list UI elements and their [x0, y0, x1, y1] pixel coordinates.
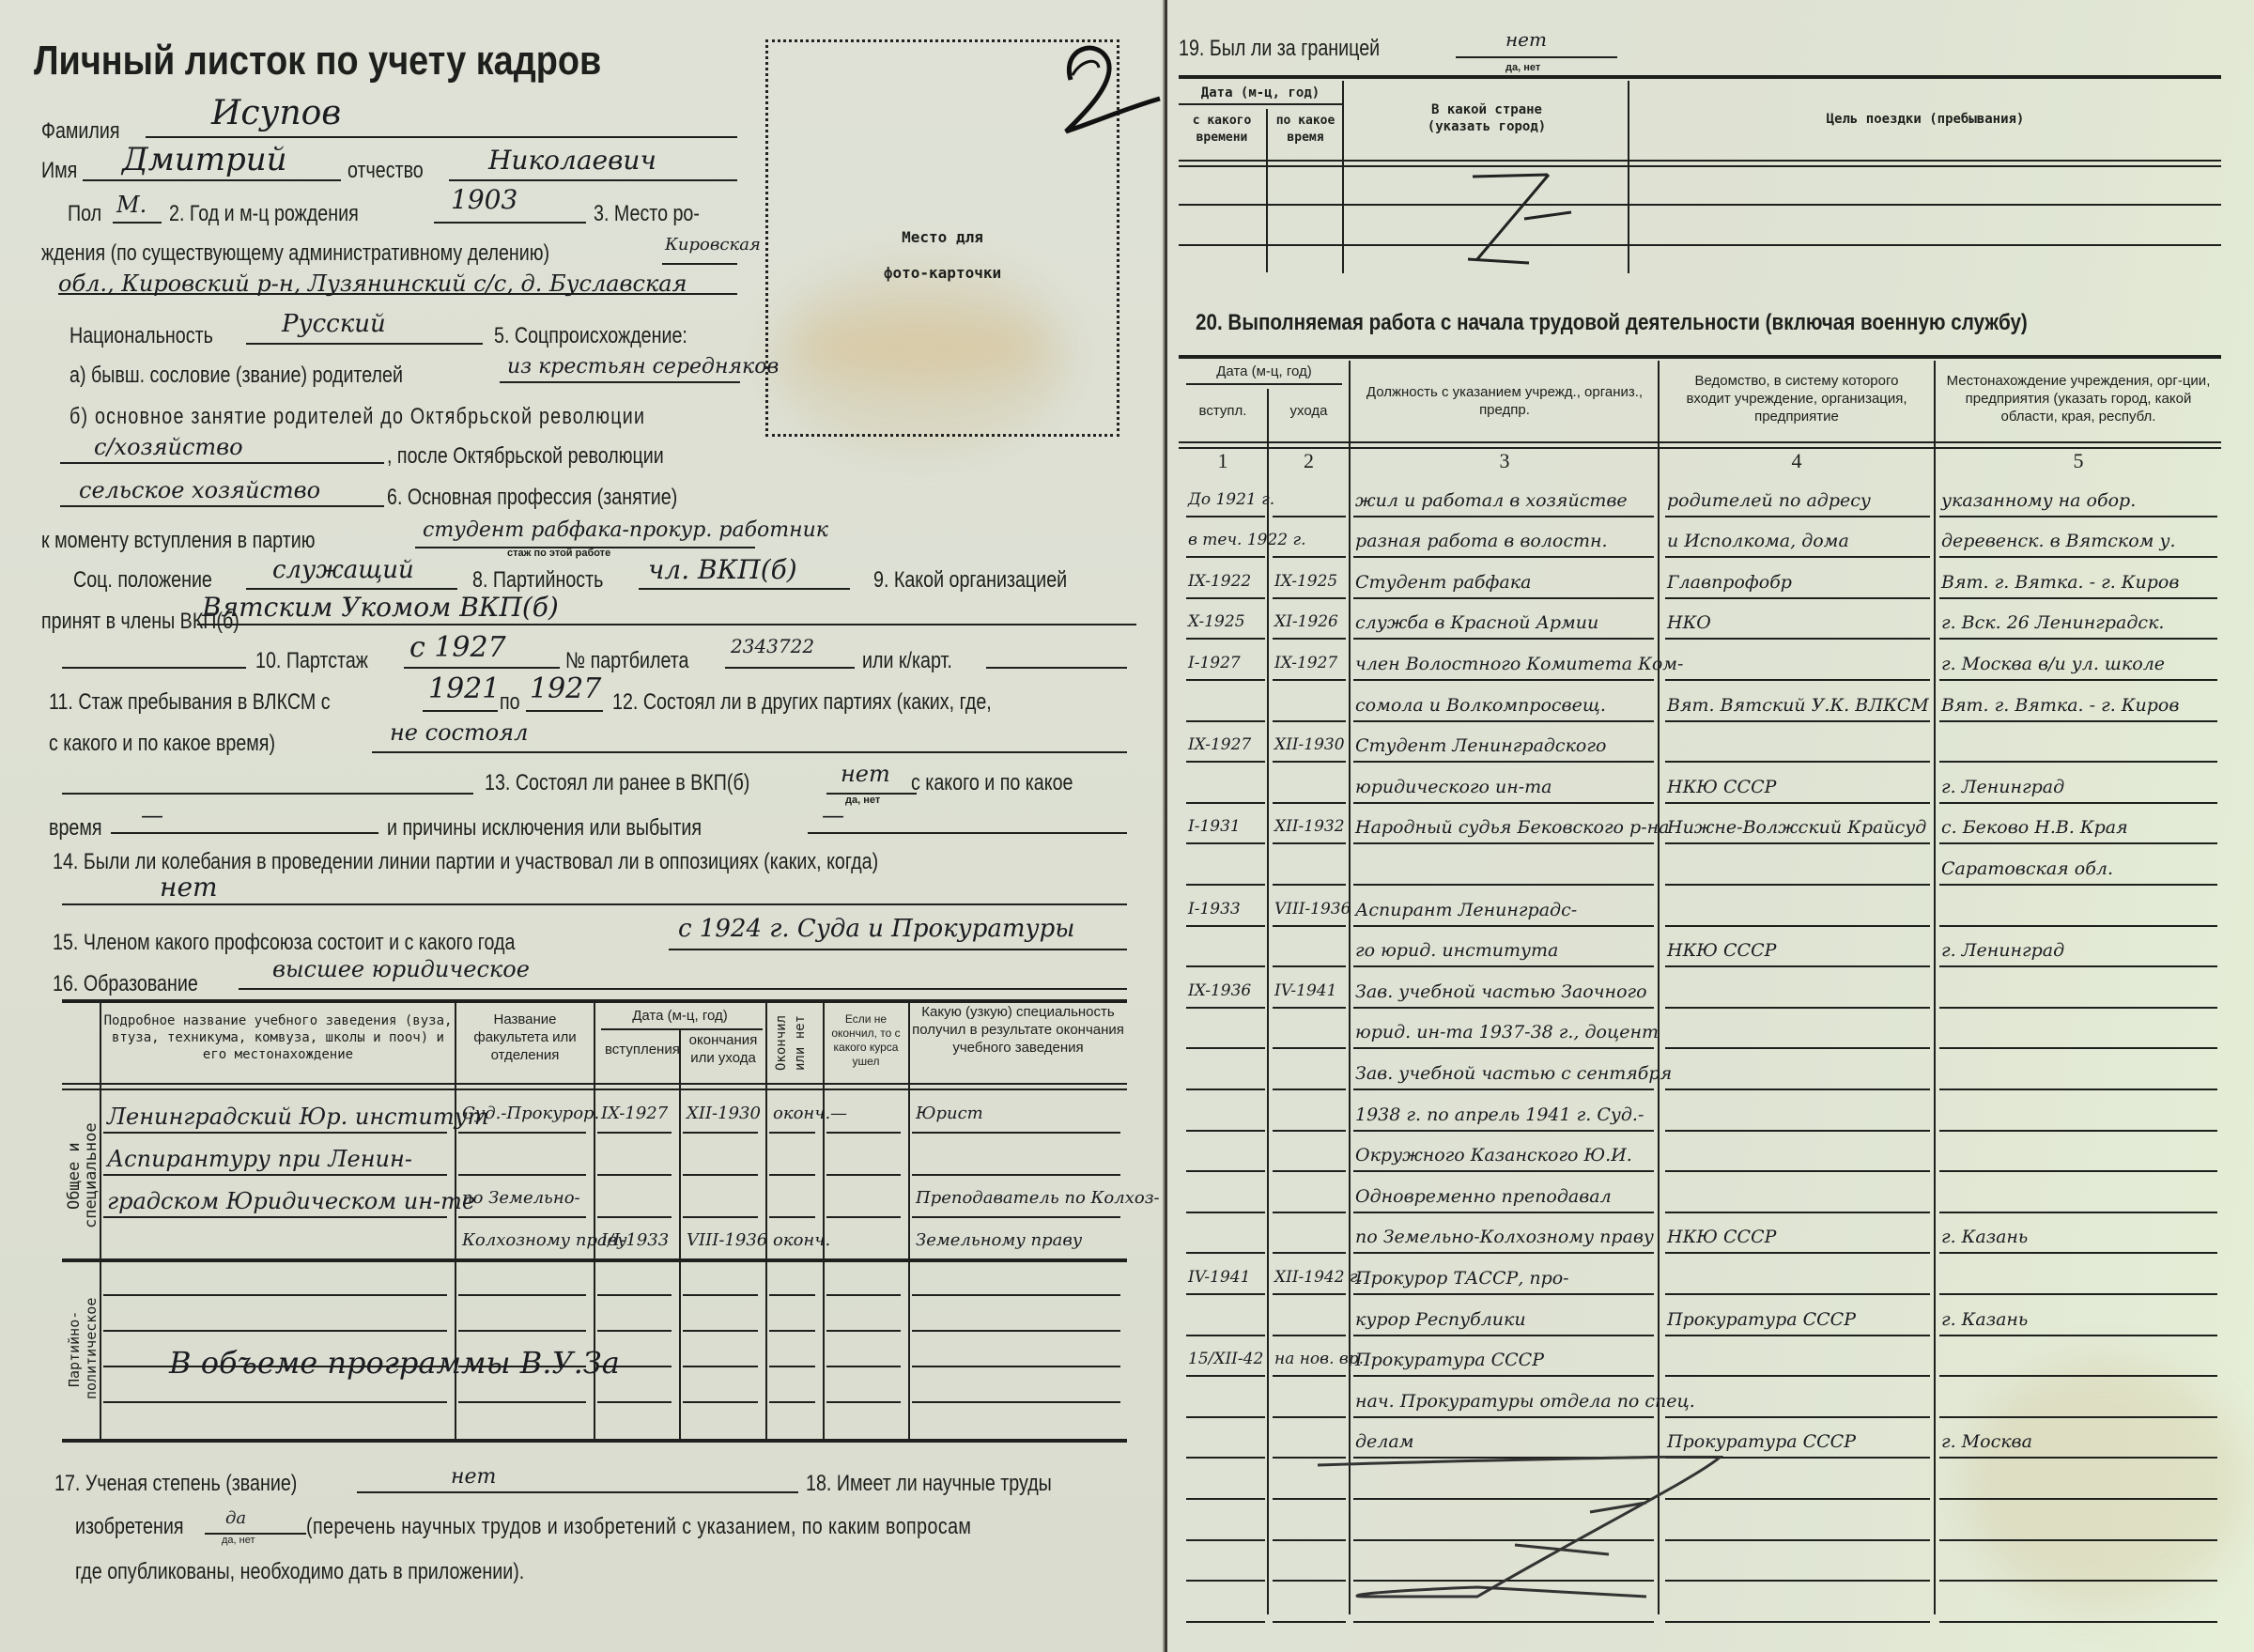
time-line: [111, 832, 378, 834]
work-row-line: [1939, 1335, 2217, 1336]
work-cell-location: Вят. г. Вятка. - г. Киров: [1941, 695, 2179, 716]
abroad-sublabel: да, нет: [1505, 62, 1540, 73]
surname-value: Исупов: [211, 94, 341, 132]
party-value: чл. ВКП(б): [648, 554, 797, 585]
work-row-line: [1186, 1252, 1265, 1254]
work-cell-end: XII-1930: [1274, 735, 1345, 754]
work-row-line: [1665, 1088, 1930, 1090]
abroad-header-country: В какой стране (указать город): [1346, 101, 1628, 135]
work-cell-dept: и Исполкома, дома: [1667, 531, 1849, 551]
work-row-line: [1273, 1170, 1346, 1172]
work-cell-position: Зав. учебной частью Заочного: [1355, 981, 1647, 1002]
work-cell-position: член Волостного Комитета Ком-: [1355, 654, 1683, 674]
work-row-line: [1665, 1252, 1930, 1254]
work-cell-start: IX-1936: [1188, 981, 1251, 1000]
edu-row-line: [458, 1330, 586, 1332]
estate-label: а) бывш. сословие (звание) родителей: [69, 363, 403, 389]
edu-row-line: [683, 1401, 758, 1403]
work-row-line: [1939, 1252, 2217, 1254]
work-cell-dept: Нижне-Волжский Крайсуд: [1667, 817, 1926, 838]
edu-row-line: [769, 1258, 815, 1260]
work-cell-position: юрид. ин-та 1937-38 г., доцент: [1355, 1022, 1659, 1042]
education-value: высшее юридическое: [272, 956, 530, 982]
abroad-line: [1456, 56, 1617, 58]
org-value: Вятским Укомом ВКП(б): [202, 592, 559, 623]
work-row-line: [1186, 965, 1265, 967]
oppositions-value: нет: [160, 872, 218, 903]
estate-value: из крестьян середняков: [507, 355, 779, 378]
birth-value: 1903: [451, 184, 517, 215]
work-row-line: [1186, 720, 1265, 722]
birthplace-line-1: [662, 263, 737, 265]
work-row-line: [1273, 925, 1346, 927]
edu-row-line: [683, 1294, 758, 1296]
work-cell-start: I-1931: [1188, 817, 1241, 836]
works-line: [205, 1533, 306, 1535]
work-row-line: [1939, 1170, 2217, 1172]
work-row-line: [1186, 1212, 1265, 1213]
edu-vline: [908, 1001, 910, 1439]
work-row-line: [1186, 1621, 1265, 1623]
work-row-line: [1353, 1375, 1654, 1377]
work-header-bottom-1: [1179, 441, 2221, 443]
org-line: [197, 624, 1136, 625]
column-number: 3: [1351, 449, 1658, 473]
work-row-line: [1186, 1539, 1265, 1541]
edu-cell-date_in: I/I-1933: [601, 1230, 669, 1250]
edu-cell-date_in: IX-1927: [601, 1104, 668, 1123]
work-row-line: [1939, 842, 2217, 844]
work-row-line: [1665, 965, 1930, 967]
other-parties-line: [372, 751, 1127, 753]
work-cell-position: курор Республики: [1355, 1309, 1526, 1330]
work-row-line: [1353, 884, 1654, 886]
work-row-line: [1353, 842, 1654, 844]
work-row-line: [1665, 720, 1930, 722]
work-row-line: [1186, 638, 1265, 640]
patronymic-value: Николаевич: [488, 145, 656, 176]
edu-section-general: Общее и специальное: [66, 1093, 100, 1258]
work-cell-end: XII-1942 г.: [1274, 1268, 1363, 1287]
other-parties-label: 12. Состоял ли в других партиях (каких, …: [612, 689, 992, 716]
work-row-line: [1186, 1088, 1265, 1090]
reason-label: и причины исключения или выбытия: [387, 815, 702, 841]
work-row-line: [1353, 1088, 1654, 1090]
work-row-line: [1353, 1047, 1654, 1049]
party-label: 8. Партийность: [472, 567, 603, 594]
birthplace-value-1: Кировская: [665, 235, 761, 255]
work-row-line: [1353, 597, 1654, 599]
work-cell-start: 15/XII-42: [1188, 1350, 1263, 1368]
work-cell-position: Одновременно преподавал: [1355, 1186, 1612, 1207]
previously-pre-line: [62, 793, 473, 795]
edu-row-line: [597, 1132, 672, 1134]
work-cell-position: Студент рабфака: [1355, 572, 1531, 593]
work-cell-end: VIII-1936: [1274, 900, 1351, 919]
previously-sublabel: да, нет: [845, 795, 880, 806]
work-row-line: [1186, 884, 1265, 886]
work-vline: [1267, 389, 1269, 1614]
work-cell-dept: Главпрофобр: [1667, 572, 1792, 593]
after-rev-label: , после Октябрьской революции: [387, 443, 664, 470]
work-row-line: [1273, 1335, 1346, 1336]
work-row-line: [1186, 1335, 1265, 1336]
profession-label: 6. Основная профессия (занятие): [387, 485, 677, 511]
work-row-line: [1939, 556, 2217, 558]
work-row-line: [1353, 925, 1654, 927]
patronymic-line: [449, 179, 737, 181]
work-row-line: [1939, 1130, 2217, 1132]
birthplace-label-2: ждения (по существующему административно…: [41, 240, 549, 267]
edu-header-date: Дата (м-ц, год): [595, 1007, 764, 1025]
work-row-line: [1939, 802, 2217, 804]
work-row-line: [1186, 842, 1265, 844]
work-cell-position: жил и работал в хозяйстве: [1355, 490, 1628, 511]
work-row-line: [1665, 1375, 1930, 1377]
left-page: Личный листок по учету кадров Место для …: [0, 0, 1165, 1652]
work-cell-dept: Прокуратура СССР: [1667, 1431, 1856, 1452]
origin-label: 5. Соцпроисхождение:: [494, 323, 687, 349]
work-row-line: [1353, 1007, 1654, 1009]
degree-value: нет: [451, 1465, 496, 1489]
edu-row-line: [826, 1132, 901, 1134]
photo-label-1: Место для: [768, 228, 1117, 246]
edu-row-line: [826, 1294, 901, 1296]
abroad-header-bottom-2: [1179, 165, 2221, 167]
work-row-line: [1273, 1621, 1346, 1623]
edu-row-line: [683, 1132, 758, 1134]
edu-date-sub-line: [601, 1028, 763, 1030]
party-line: [639, 588, 850, 590]
party-card-value: 2343722: [731, 635, 814, 657]
work-row-line: [1353, 1130, 1654, 1132]
before-rev-value: с/хозяйство: [94, 434, 243, 460]
work-cell-position: Окружного Казанского Ю.И.: [1355, 1145, 1632, 1166]
work-title: 20. Выполняемая работа с начала трудовой…: [1196, 310, 2028, 336]
previously-value: нет: [841, 761, 890, 787]
abroad-header-to: по какое время: [1268, 113, 1343, 147]
work-cell-position: Прокуратура СССР: [1355, 1350, 1544, 1370]
work-row-line: [1353, 1621, 1654, 1623]
work-cell-dept: НКО: [1667, 612, 1711, 633]
sex-label: Пол: [68, 201, 101, 227]
komsomol-from: 1921: [428, 672, 500, 705]
work-row-line: [1273, 597, 1346, 599]
work-header-position: Должность с указанием учрежд., организ.,…: [1351, 383, 1658, 419]
work-row-line: [1353, 1170, 1654, 1172]
work-cell-location: г. Ленинград: [1941, 777, 2064, 797]
work-cell-position: го юрид. института: [1355, 940, 1558, 961]
work-cell-position: служба в Красной Армии: [1355, 612, 1598, 633]
work-row-line: [1665, 1007, 1930, 1009]
work-row-line: [1939, 884, 2217, 886]
work-row-line: [1665, 802, 1930, 804]
work-row-line: [1939, 1457, 2217, 1459]
work-cell-start: IX-1927: [1188, 735, 1251, 754]
work-cell-start: IV-1941: [1188, 1268, 1250, 1287]
edu-row-line: [597, 1330, 672, 1332]
edu-bottom-border: [62, 1439, 1127, 1443]
edu-row-line: [683, 1330, 758, 1332]
work-row-line: [1353, 802, 1654, 804]
work-row-line: [1665, 925, 1930, 927]
social-status-label: Соц. положение: [73, 567, 212, 594]
work-row-line: [1186, 597, 1265, 599]
work-row-line: [1353, 1212, 1654, 1213]
work-row-line: [1273, 1047, 1346, 1049]
work-row-line: [1186, 761, 1265, 763]
edu-row-line: [683, 1258, 758, 1260]
karta-line: [986, 667, 1127, 669]
work-row-line: [1186, 925, 1265, 927]
abroad-top-border: [1179, 75, 2221, 79]
birthplace-value-2: обл., Кировский р-н, Лузянинский с/с, д.…: [58, 270, 687, 297]
work-row-line: [1353, 1416, 1654, 1418]
abroad-value: нет: [1505, 28, 1547, 51]
work-cell-end: XII-1932: [1274, 817, 1345, 836]
work-row-line: [1939, 1293, 2217, 1295]
edu-row-line: [458, 1132, 586, 1134]
works-value: да: [225, 1508, 246, 1528]
work-cell-end: XI-1926: [1274, 612, 1338, 631]
column-number: 4: [1660, 449, 1934, 473]
edu-header-name: Подробное название учебного заведения (в…: [103, 1012, 453, 1063]
edu-row-line: [597, 1174, 672, 1176]
strike-through-mark: [1468, 167, 1656, 270]
work-row-line: [1186, 516, 1265, 517]
work-date-sub-line: [1186, 383, 1342, 385]
patronymic-label: отчество: [347, 158, 424, 184]
edu-political-value: В объеме программы В.У.За: [169, 1345, 620, 1381]
work-row-line: [1665, 1416, 1930, 1418]
edu-row-line: [912, 1401, 1120, 1403]
abroad-row-line: [1179, 244, 2221, 246]
degree-line: [357, 1491, 798, 1493]
work-cell-start: IX-1922: [1188, 572, 1251, 591]
edu-row-line: [103, 1401, 447, 1403]
work-row-line: [1273, 802, 1346, 804]
edu-row-line: [103, 1330, 447, 1332]
komsomol-label: 11. Стаж пребывания в ВЛКСМ с: [49, 689, 331, 716]
work-row-line: [1273, 516, 1346, 517]
union-line: [669, 949, 1127, 950]
education-line: [239, 988, 1127, 990]
edu-row-line: [683, 1216, 758, 1218]
work-row-line: [1939, 1416, 2217, 1418]
work-row-line: [1273, 556, 1346, 558]
work-cell-start: X-1925: [1188, 612, 1245, 631]
works-label: 18. Имеет ли научные труды: [806, 1471, 1052, 1497]
after-rev-value: сельское хозяйство: [79, 477, 320, 503]
work-cell-location: г. Москва в/и ул. школе: [1941, 654, 2165, 674]
degree-label: 17. Ученая степень (звание): [54, 1471, 297, 1497]
work-cell-position: Студент Ленинградского: [1355, 735, 1606, 756]
work-row-line: [1273, 965, 1346, 967]
edu-row-line: [597, 1258, 672, 1260]
edu-row-line: [769, 1216, 815, 1218]
edu-row-line: [912, 1330, 1120, 1332]
work-row-line: [1665, 1212, 1930, 1213]
work-cell-location: указанному на обор.: [1941, 490, 2136, 511]
work-cell-location: г. Москва: [1941, 1431, 2032, 1452]
union-value: с 1924 г. Суда и Прокуратуры: [678, 915, 1074, 943]
work-vline: [1349, 361, 1351, 1614]
edu-row-line: [103, 1174, 447, 1176]
column-number: 1: [1179, 449, 1267, 473]
nationality-label: Национальность: [69, 323, 213, 349]
work-cell-position: Народный судья Бековского р-на: [1355, 817, 1669, 838]
edu-row-line: [597, 1294, 672, 1296]
edu-row-line: [826, 1366, 901, 1367]
edu-cell-specialty: Земельному праву: [916, 1230, 1082, 1250]
work-cell-position: 1938 г. по апрель 1941 г. Суд.-: [1355, 1104, 1644, 1125]
work-row-line: [1353, 638, 1654, 640]
abroad-header-bottom-1: [1179, 160, 2221, 162]
edu-row-line: [912, 1366, 1120, 1367]
work-row-line: [1665, 1047, 1930, 1049]
work-cell-position: юридического ин-та: [1355, 777, 1552, 797]
work-row-line: [1939, 761, 2217, 763]
edu-header-date-in: вступления: [605, 1041, 676, 1058]
edu-header-faculty: Название факультета или отделения: [456, 1011, 594, 1064]
work-header-dept: Ведомство, в систему которого входит учр…: [1660, 372, 1934, 425]
works-label-2: изобретения: [75, 1514, 184, 1540]
column-number: 2: [1269, 449, 1349, 473]
work-row-line: [1939, 720, 2217, 722]
work-cell-dept: НКЮ СССР: [1667, 940, 1776, 961]
edu-row-line: [912, 1132, 1120, 1134]
work-row-line: [1273, 1293, 1346, 1295]
work-row-line: [1939, 1212, 2217, 1213]
work-row-line: [1665, 842, 1930, 844]
work-row-line: [1353, 965, 1654, 967]
komsomol-from-line: [423, 710, 498, 712]
work-row-line: [1665, 1293, 1930, 1295]
work-cell-location: г. Вск. 26 Ленинградск.: [1941, 612, 2164, 633]
work-row-line: [1665, 638, 1930, 640]
edu-row-line: [458, 1216, 586, 1218]
work-row-line: [1665, 1335, 1930, 1336]
work-vline: [1658, 361, 1660, 1614]
edu-cell-date_out: VIII-1936: [687, 1230, 767, 1250]
work-row-line: [1273, 761, 1346, 763]
work-cell-end: IX-1927: [1274, 654, 1337, 672]
work-cell-dept: Прокуратура СССР: [1667, 1309, 1856, 1330]
page-number-mark: [1042, 28, 1174, 150]
work-row-line: [1273, 842, 1346, 844]
work-cell-position: делам: [1355, 1431, 1413, 1452]
work-row-line: [1353, 761, 1654, 763]
edu-cell-specialty: Юрист: [916, 1104, 983, 1123]
edu-row-line: [826, 1216, 901, 1218]
birth-label: 2. Год и м-ц рождения: [169, 201, 359, 227]
edu-vline: [679, 1028, 681, 1439]
work-row-line: [1665, 1130, 1930, 1132]
work-cell-end: на нов. вр.: [1274, 1350, 1364, 1368]
edu-cell-finished: оконч.: [773, 1104, 830, 1123]
abroad-label: 19. Был ли за границей: [1179, 36, 1380, 62]
work-cell-start: I-1933: [1188, 900, 1241, 919]
other-parties-label-2: с какого и по какое время): [49, 731, 275, 757]
work-row-line: [1665, 597, 1930, 599]
edu-row-line: [103, 1294, 447, 1296]
abroad-vline: [1342, 81, 1344, 273]
reason-line: [808, 832, 1127, 834]
work-cell-dept: Вят. Вятский У.К. ВЛКСМ: [1667, 695, 1929, 716]
komsomol-to: 1927: [530, 672, 601, 705]
work-cell-position: Аспирант Ленинградс-: [1355, 900, 1577, 920]
work-row-line: [1273, 1375, 1346, 1377]
edu-row-line: [458, 1294, 586, 1296]
work-row-line: [1939, 638, 2217, 640]
work-row-line: [1186, 1007, 1265, 1009]
work-row-line: [1186, 1170, 1265, 1172]
party-exp-value: с 1927: [409, 631, 506, 664]
work-cell-position: Прокурор ТАССР, про-: [1355, 1268, 1569, 1289]
works-note: (перечень научных трудов и изобретений с…: [306, 1514, 971, 1540]
work-row-line: [1939, 925, 2217, 927]
profession-sublabel: стаж по этой работе: [507, 548, 610, 559]
edu-cell-finished: оконч.: [773, 1230, 830, 1250]
nationality-value: Русский: [282, 310, 386, 338]
work-row-line: [1353, 1335, 1654, 1336]
work-header-date: Дата (м-ц, год): [1179, 363, 1350, 380]
time-value: —: [141, 802, 163, 828]
column-number: 5: [1936, 449, 2221, 473]
work-cell-dept: НКЮ СССР: [1667, 777, 1776, 797]
work-vline: [1934, 361, 1936, 1614]
work-row-line: [1273, 1252, 1346, 1254]
work-row-line: [1186, 802, 1265, 804]
edu-row-line: [769, 1330, 815, 1332]
edu-row-line: [912, 1174, 1120, 1176]
work-header-end: ухода: [1269, 402, 1349, 420]
work-row-line: [1353, 556, 1654, 558]
work-row-line: [1939, 597, 2217, 599]
work-row-line: [1939, 1047, 2217, 1049]
edu-section-political: Партийно-политическое: [66, 1264, 100, 1433]
abroad-header-date: Дата (м-ц, год): [1179, 85, 1342, 101]
edu-row-line: [769, 1401, 815, 1403]
edu-row-line: [103, 1258, 447, 1260]
work-cell-location: с. Беково Н.В. Края: [1941, 817, 2128, 838]
work-cell-location: Вят. г. Вятка. - г. Киров: [1941, 572, 2179, 593]
edu-header-specialty: Какую (узкую) специальность получил в ре…: [911, 1003, 1125, 1057]
work-row-line: [1186, 679, 1265, 681]
edu-row-line: [912, 1216, 1120, 1218]
work-top-border: [1179, 355, 2221, 359]
form-title: Личный листок по учету кадров: [34, 38, 601, 85]
edu-cell-specialty: Преподаватель по Колхоз-: [916, 1188, 1160, 1208]
edu-row-line: [683, 1366, 758, 1367]
work-cell-end: IV-1941: [1274, 981, 1336, 1000]
work-header-start: вступл.: [1179, 402, 1267, 420]
work-row-line: [1665, 884, 1930, 886]
edu-row-line: [103, 1216, 447, 1218]
name-value: Дмитрий: [122, 141, 287, 178]
nationality-line: [246, 343, 483, 345]
photo-label-2: фото-карточки: [768, 264, 1117, 282]
surname-line: [146, 136, 737, 138]
komsomol-to-label: по: [500, 689, 520, 716]
work-cell-position: Зав. учебной частью с сентября: [1355, 1063, 1672, 1084]
work-row-line: [1186, 1580, 1265, 1582]
before-rev-label: б) основное занятие родителей до Октябрь…: [69, 404, 645, 430]
oppositions-line: [62, 903, 1127, 905]
work-row-line: [1939, 1498, 2217, 1500]
work-cell-start: в теч. 1922 г.: [1188, 531, 1306, 549]
edu-row-line: [458, 1401, 586, 1403]
